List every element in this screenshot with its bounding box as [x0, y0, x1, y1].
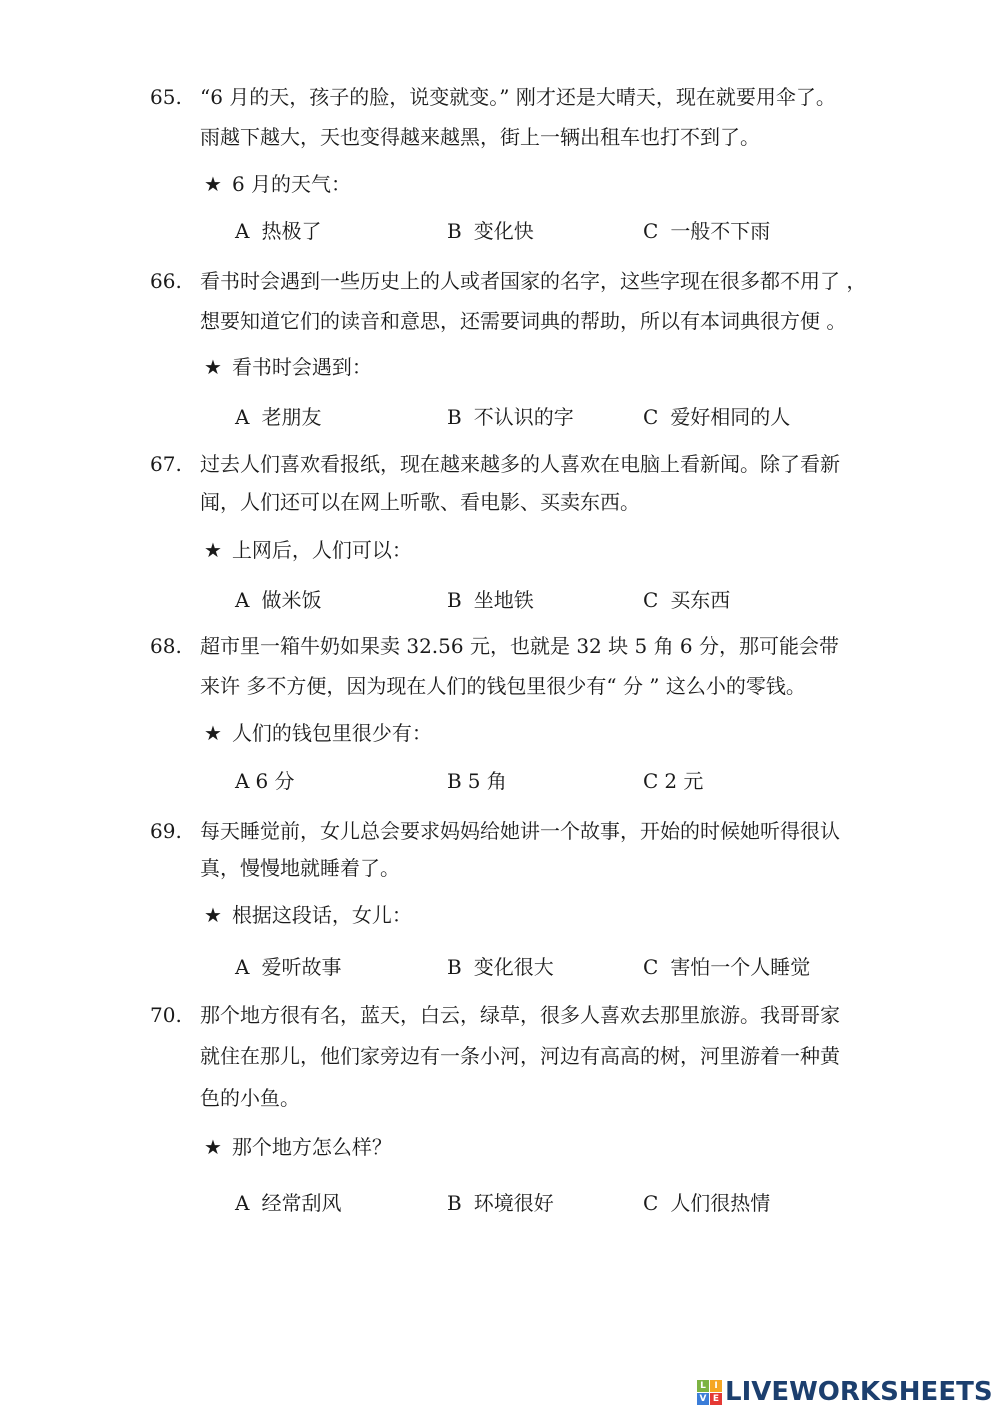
option-text: 买东西	[670, 588, 730, 612]
question-66-text-line-1: 看书时会遇到一些历史上的人或者国家的名字，这些字现在很多都不用了 ，	[200, 269, 866, 293]
star-icon: ★	[204, 355, 222, 379]
prompt-text: 上网后，人们可以：	[232, 538, 412, 562]
option-letter: A	[235, 955, 249, 979]
option-letter: B	[447, 588, 462, 612]
question-68-option-c[interactable]: C2 元	[643, 769, 703, 793]
question-69-prompt: ★根据这段话，女儿：	[204, 903, 412, 927]
question-65-option-b[interactable]: B变化快	[447, 219, 534, 243]
question-70-number: 70.	[150, 1003, 182, 1027]
option-text: 变化很大	[474, 955, 554, 979]
option-letter: C	[643, 1191, 658, 1215]
question-67-text-line-1: 过去人们喜欢看报纸，现在越来越多的人喜欢在电脑上看新闻。除了看新	[200, 452, 840, 476]
logo-block-v: V	[697, 1393, 709, 1405]
option-text: 2 元	[664, 769, 703, 793]
logo-block-e: E	[710, 1393, 722, 1405]
question-66-text-line-2: 想要知道它们的读音和意思，还需要词典的帮助，所以有本词典很方便 。	[200, 309, 846, 333]
option-letter: C	[643, 405, 658, 429]
option-text: 一般不下雨	[670, 219, 770, 243]
option-letter: A	[235, 405, 249, 429]
logo-block-l: L	[697, 1380, 709, 1392]
option-letter: C	[643, 769, 658, 793]
option-text: 老朋友	[261, 405, 321, 429]
star-icon: ★	[204, 538, 222, 562]
question-65-option-a[interactable]: A热极了	[235, 219, 321, 243]
logo-block-i: I	[710, 1380, 722, 1392]
option-text: 环境很好	[474, 1191, 554, 1215]
question-70-prompt: ★那个地方怎么样？	[204, 1135, 392, 1159]
question-67-option-b[interactable]: B坐地铁	[447, 588, 534, 612]
question-70-option-c[interactable]: C人们很热情	[643, 1191, 770, 1215]
question-65-option-c[interactable]: C一般不下雨	[643, 219, 770, 243]
question-67-option-c[interactable]: C买东西	[643, 588, 730, 612]
liveworksheets-logo: L I V E LIVEWORKSHEETS	[697, 1377, 993, 1407]
question-68-text-line-1: 超市里一箱牛奶如果卖 32.56 元，也就是 32 块 5 角 6 分，那可能会…	[200, 634, 839, 658]
question-67-number: 67.	[150, 452, 182, 476]
option-letter: A	[235, 219, 249, 243]
star-icon: ★	[204, 172, 222, 196]
question-70-option-a[interactable]: A经常刮风	[235, 1191, 341, 1215]
question-70-option-b[interactable]: B环境很好	[447, 1191, 554, 1215]
option-text: 不认识的字	[474, 405, 574, 429]
prompt-text: 那个地方怎么样？	[232, 1135, 392, 1159]
question-66-option-c[interactable]: C爱好相同的人	[643, 405, 790, 429]
prompt-text: 根据这段话，女儿：	[232, 903, 412, 927]
question-68-text-line-2: 来许 多不方便，因为现在人们的钱包里很少有“ 分 ” 这么小的零钱。	[200, 674, 806, 698]
question-66-number: 66.	[150, 269, 182, 293]
option-text: 坐地铁	[474, 588, 534, 612]
option-text: 做米饭	[261, 588, 321, 612]
live-blocks-icon: L I V E	[697, 1380, 722, 1405]
question-66-option-b[interactable]: B不认识的字	[447, 405, 574, 429]
question-66-prompt: ★看书时会遇到：	[204, 355, 372, 379]
question-65-number: 65.	[150, 85, 182, 109]
question-68-prompt: ★人们的钱包里很少有：	[204, 721, 432, 745]
question-65-prompt: ★6 月的天气：	[204, 172, 351, 196]
question-66-option-a[interactable]: A老朋友	[235, 405, 321, 429]
option-letter: B	[447, 769, 462, 793]
option-letter: B	[447, 219, 462, 243]
brand-text: LIVEWORKSHEETS	[725, 1377, 993, 1407]
option-letter: C	[643, 955, 658, 979]
option-text: 变化快	[474, 219, 534, 243]
option-letter: A	[235, 769, 249, 793]
question-68-option-a[interactable]: A6 分	[235, 769, 295, 793]
question-69-number: 69.	[150, 819, 182, 843]
question-65-text-line-2: 雨越下越大，天也变得越来越黑，街上一辆出租车也打不到了。	[200, 125, 760, 149]
option-text: 爱听故事	[261, 955, 341, 979]
prompt-text: 6 月的天气：	[232, 172, 351, 196]
question-69-option-a[interactable]: A爱听故事	[235, 955, 341, 979]
star-icon: ★	[204, 1135, 222, 1159]
question-70-text-line-1: 那个地方很有名，蓝天，白云，绿草，很多人喜欢去那里旅游。我哥哥家	[200, 1003, 840, 1027]
option-letter: A	[235, 588, 249, 612]
question-69-text-line-2: 真，慢慢地就睡着了。	[200, 856, 400, 880]
prompt-text: 人们的钱包里很少有：	[232, 721, 432, 745]
question-68-option-b[interactable]: B5 角	[447, 769, 507, 793]
option-letter: A	[235, 1191, 249, 1215]
option-text: 6 分	[255, 769, 294, 793]
question-69-option-c[interactable]: C害怕一个人睡觉	[643, 955, 810, 979]
option-text: 人们很热情	[670, 1191, 770, 1215]
option-letter: C	[643, 588, 658, 612]
question-67-option-a[interactable]: A做米饭	[235, 588, 321, 612]
option-letter: B	[447, 405, 462, 429]
option-text: 爱好相同的人	[670, 405, 790, 429]
question-65-text-line-1: “6 月的天，孩子的脸，说变就变。” 刚才还是大晴天，现在就要用伞了。	[200, 85, 836, 109]
option-text: 5 角	[468, 769, 507, 793]
question-69-option-b[interactable]: B变化很大	[447, 955, 554, 979]
question-69-text-line-1: 每天睡觉前，女儿总会要求妈妈给她讲一个故事，开始的时候她听得很认	[200, 819, 840, 843]
option-letter: C	[643, 219, 658, 243]
star-icon: ★	[204, 903, 222, 927]
star-icon: ★	[204, 721, 222, 745]
question-70-text-line-2: 就住在那儿，他们家旁边有一条小河，河边有高高的树，河里游着一种黄	[200, 1044, 840, 1068]
question-68-number: 68.	[150, 634, 182, 658]
option-letter: B	[447, 1191, 462, 1215]
option-text: 热极了	[261, 219, 321, 243]
option-text: 害怕一个人睡觉	[670, 955, 810, 979]
option-text: 经常刮风	[261, 1191, 341, 1215]
question-70-text-line-3: 色的小鱼。	[200, 1086, 300, 1110]
question-67-prompt: ★上网后，人们可以：	[204, 538, 412, 562]
prompt-text: 看书时会遇到：	[232, 355, 372, 379]
question-67-text-line-2: 闻，人们还可以在网上听歌、看电影、买卖东西。	[200, 490, 640, 514]
option-letter: B	[447, 955, 462, 979]
